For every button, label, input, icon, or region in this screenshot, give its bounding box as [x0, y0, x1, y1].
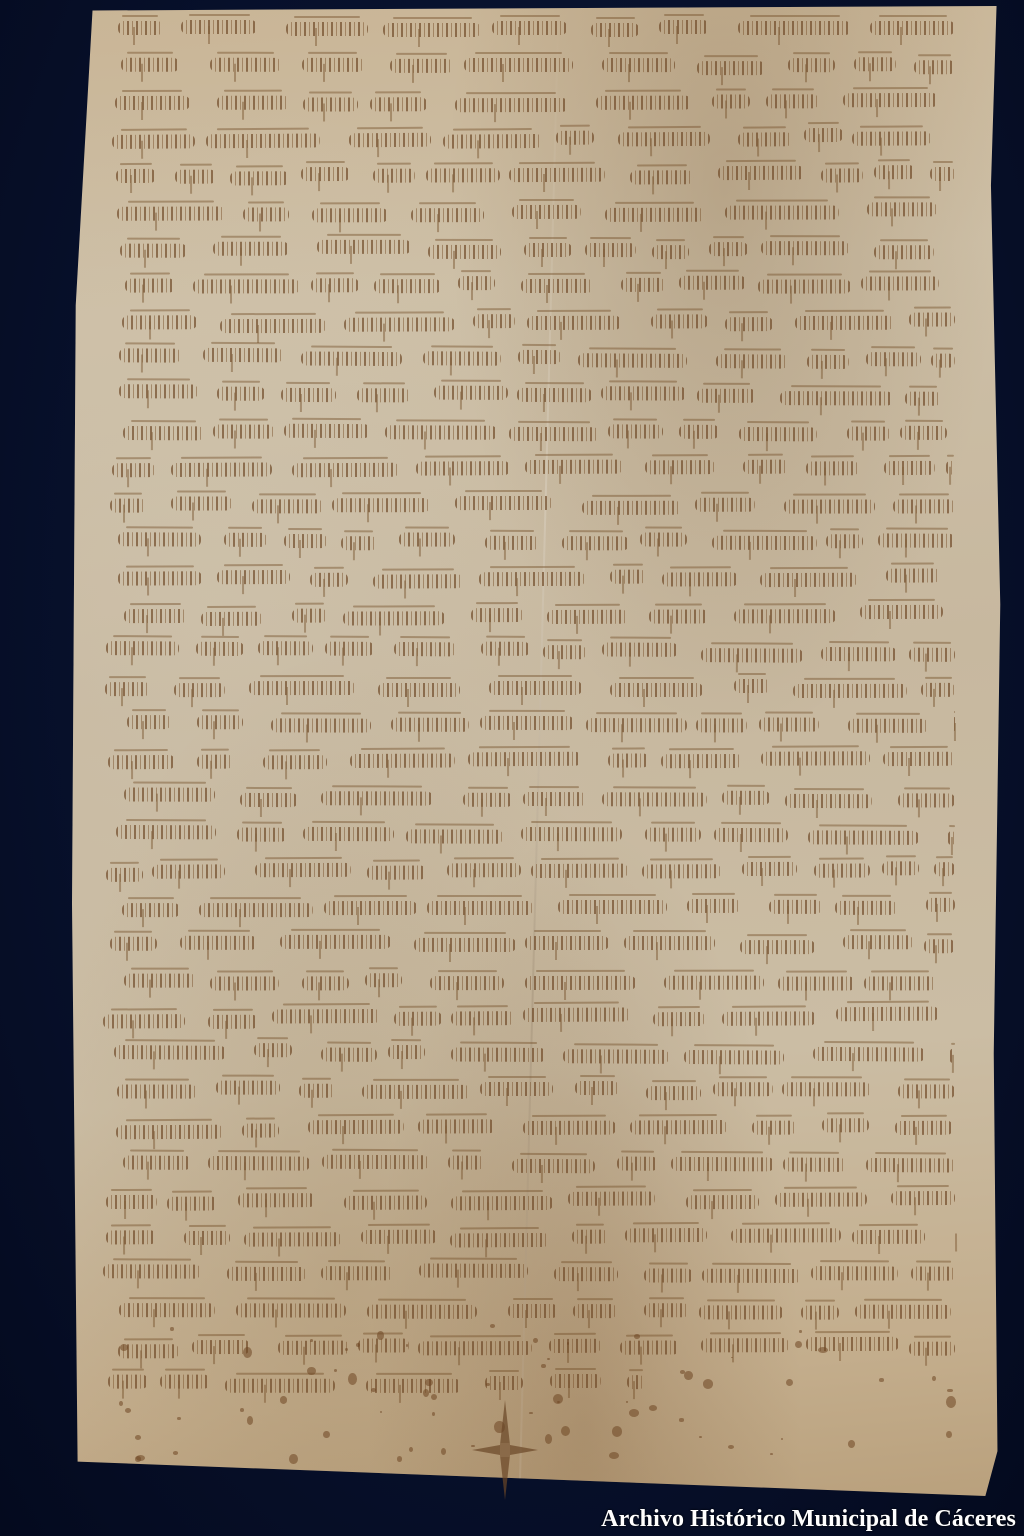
ink-word [699, 1306, 783, 1320]
ink-word [782, 1083, 872, 1097]
ink-word [585, 242, 637, 256]
ink-word [112, 463, 156, 477]
ink-word [112, 134, 194, 149]
ink-word [563, 1049, 669, 1064]
ink-stain [818, 1347, 828, 1353]
ink-word [217, 387, 265, 401]
handwritten-line [94, 493, 982, 516]
ink-word [898, 793, 955, 807]
handwritten-line [94, 162, 982, 188]
ink-stain [609, 1452, 619, 1459]
ink-word [860, 605, 943, 619]
ink-word [263, 755, 327, 769]
ink-word [110, 499, 146, 513]
ink-word [550, 1375, 601, 1389]
ink-stain [280, 1396, 287, 1403]
ink-word [813, 1047, 925, 1062]
ink-word [644, 1303, 688, 1317]
ink-word [521, 827, 622, 842]
ink-word [934, 862, 955, 876]
ink-word [152, 865, 225, 879]
ink-word [206, 134, 321, 149]
ink-word [783, 1157, 846, 1171]
ink-word [793, 684, 907, 698]
ink-word [451, 1196, 553, 1210]
ink-word [644, 1268, 693, 1282]
ink-word [489, 681, 582, 695]
ink-word [110, 937, 157, 951]
ink-word [197, 755, 233, 769]
ink-word [807, 356, 849, 370]
handwritten-line [94, 345, 982, 373]
ink-word [450, 1232, 549, 1247]
ink-word [734, 679, 770, 693]
ink-word [430, 976, 504, 990]
ink-word [284, 534, 327, 548]
ink-word [642, 864, 721, 878]
ink-word [921, 683, 955, 697]
ink-word [227, 1268, 306, 1282]
ink-word [780, 391, 892, 405]
ink-word [697, 389, 757, 403]
ink-word [181, 20, 257, 34]
handwritten-line [94, 1372, 982, 1395]
ink-word [236, 1303, 345, 1317]
ink-word [317, 240, 410, 254]
ink-word [372, 574, 463, 588]
ink-word [255, 863, 351, 877]
ink-word [216, 1081, 281, 1095]
ink-word [344, 1196, 427, 1210]
archive-credit-caption: Archivo Histórico Municipal de Cáceres [601, 1506, 1016, 1533]
handwritten-line [94, 1079, 982, 1102]
ink-word [394, 642, 457, 656]
ink-word [213, 242, 289, 256]
ink-word [525, 460, 623, 475]
ink-word [303, 97, 357, 111]
ink-word [558, 900, 667, 914]
ink-word [116, 1125, 223, 1140]
ink-stain [848, 1440, 855, 1448]
ink-word [385, 425, 496, 440]
ink-word [843, 936, 913, 950]
ink-word [455, 98, 568, 112]
ink-word [930, 167, 955, 181]
ink-word [954, 718, 956, 732]
ink-word [549, 1339, 601, 1353]
ink-word [620, 1340, 679, 1354]
ink-word [312, 208, 387, 222]
ink-word [124, 609, 187, 623]
ink-word [866, 353, 921, 367]
ink-word [341, 536, 377, 550]
ink-word [900, 425, 947, 439]
ink-word [119, 384, 198, 398]
ink-word [242, 1124, 279, 1138]
ink-word [362, 1085, 470, 1099]
ink-stain [323, 1431, 330, 1438]
ink-word [610, 682, 703, 696]
ink-word [909, 647, 956, 661]
ink-word [852, 1229, 925, 1243]
ink-word [358, 1338, 409, 1352]
ink-word [292, 463, 399, 478]
ink-stain [240, 1408, 244, 1412]
ink-word [280, 935, 391, 949]
ink-word [411, 208, 483, 222]
ink-word [301, 352, 403, 367]
ink-stain [135, 1456, 141, 1462]
ink-stain [629, 1409, 639, 1417]
ink-word [388, 1045, 425, 1059]
ink-word [123, 425, 204, 439]
ink-word [106, 868, 143, 882]
ink-word [806, 461, 860, 475]
ink-word [117, 1085, 196, 1099]
ink-word [653, 1012, 705, 1026]
handwritten-line [94, 677, 982, 699]
ink-word [578, 353, 687, 368]
ink-word [725, 206, 840, 220]
ink-word [645, 828, 701, 842]
ink-stain [946, 1431, 952, 1438]
ink-word [302, 976, 349, 990]
ink-word [225, 1379, 335, 1393]
ink-word [695, 497, 755, 511]
ink-word [116, 825, 215, 839]
ink-word [367, 1304, 477, 1318]
ink-word [308, 1119, 404, 1134]
ink-word [210, 976, 280, 990]
ink-word [243, 208, 288, 222]
ink-word [122, 315, 197, 329]
ink-word [861, 277, 939, 291]
handwritten-line [94, 821, 982, 847]
ink-word [808, 830, 919, 845]
ink-stain [173, 1451, 178, 1454]
ink-word [450, 1048, 546, 1063]
ink-word [630, 170, 693, 184]
ink-word [383, 23, 481, 37]
ink-word [325, 642, 374, 656]
ink-word [423, 352, 501, 367]
ink-word [874, 244, 934, 258]
ink-word [517, 388, 592, 402]
ink-word [418, 1120, 495, 1134]
ink-word [254, 1043, 292, 1057]
ink-word [116, 170, 156, 184]
ink-word [468, 752, 581, 767]
ink-word [419, 1264, 528, 1278]
ink-word [867, 203, 938, 217]
ink-stain [490, 1324, 495, 1328]
ink-word [224, 533, 267, 547]
ink-word [199, 903, 313, 917]
ink-word [213, 424, 273, 438]
ink-word [322, 1154, 429, 1169]
ink-word [217, 96, 289, 110]
ink-word [848, 719, 928, 733]
ink-word [683, 1049, 783, 1064]
handwritten-line [94, 274, 982, 297]
ink-stain [409, 1447, 413, 1452]
ink-word [281, 387, 336, 401]
ink-word [184, 1230, 230, 1244]
ink-word [118, 21, 163, 35]
handwritten-line [94, 1261, 982, 1287]
ink-word [948, 831, 955, 845]
ink-word [718, 166, 805, 180]
ink-word [451, 1012, 514, 1026]
ink-word [852, 131, 931, 146]
ink-stain [545, 1434, 552, 1444]
ink-word [160, 1375, 210, 1389]
ink-word [217, 570, 290, 584]
ink-word [252, 499, 323, 513]
ink-word [826, 534, 863, 548]
ink-word [766, 94, 819, 108]
handwritten-line [94, 455, 982, 482]
ink-word [175, 170, 216, 184]
ink-word [801, 1306, 838, 1320]
handwritten-line [94, 785, 982, 810]
ink-word [509, 168, 605, 182]
handwritten-line [94, 1004, 982, 1031]
ink-stain [356, 1343, 360, 1347]
ink-stain [799, 1330, 801, 1332]
ink-word [458, 277, 496, 291]
ink-word [121, 57, 179, 71]
ink-word [627, 1375, 644, 1389]
ink-word [115, 96, 190, 110]
handwritten-line [94, 933, 982, 956]
ink-word [778, 976, 854, 990]
ink-stain [699, 1436, 702, 1438]
handwritten-line [94, 712, 982, 736]
ink-word [775, 1192, 867, 1206]
ink-stain [649, 1405, 658, 1411]
ink-word [679, 425, 719, 439]
ink-word [924, 940, 955, 954]
ink-word [731, 1228, 841, 1243]
ink-word [485, 1377, 523, 1391]
ink-word [220, 318, 326, 332]
ink-word [426, 169, 500, 183]
ink-word [873, 165, 914, 179]
ink-stain [307, 1367, 316, 1375]
ink-word [836, 1007, 939, 1022]
ink-word [120, 243, 187, 257]
ink-word [237, 828, 287, 842]
ink-word [448, 1155, 484, 1169]
ink-word [416, 462, 511, 477]
ink-word [621, 278, 665, 292]
ink-word [350, 754, 455, 769]
handwritten-line [94, 637, 982, 665]
ink-stain [770, 1453, 773, 1455]
ink-word [926, 898, 955, 912]
ink-word [795, 315, 894, 329]
ink-word [602, 58, 675, 72]
ink-word [208, 1015, 259, 1029]
ink-word [608, 754, 649, 768]
ink-word [321, 1267, 393, 1281]
ink-word [671, 1157, 774, 1172]
ink-word [208, 1155, 310, 1170]
ink-word [258, 641, 313, 655]
ink-word [523, 1008, 629, 1023]
handwritten-text-block [94, 18, 982, 1422]
ink-word [360, 1229, 437, 1243]
ink-word [761, 751, 870, 766]
handwritten-line [94, 1040, 982, 1068]
ink-word [769, 900, 822, 914]
ink-word [761, 241, 849, 255]
ink-word [758, 280, 852, 294]
ink-word [244, 1232, 341, 1247]
ink-word [759, 718, 819, 732]
handwritten-line [94, 54, 982, 77]
ink-word [883, 752, 956, 766]
ink-stain [679, 1418, 684, 1421]
ink-word [509, 426, 599, 440]
ink-word [687, 899, 740, 913]
ink-word [271, 719, 371, 733]
ink-word [931, 354, 956, 368]
ink-word [950, 1049, 955, 1063]
ink-word [697, 60, 765, 74]
ink-word [712, 94, 749, 108]
ink-word [662, 572, 738, 586]
ink-word [125, 278, 175, 292]
ink-word [822, 1118, 868, 1132]
ink-word [209, 58, 280, 72]
ink-stain [289, 1454, 297, 1464]
ink-word [192, 1339, 250, 1353]
handwritten-line [94, 1298, 982, 1322]
ink-stain [135, 1435, 141, 1440]
handwritten-line [94, 237, 982, 260]
ink-word [713, 1083, 772, 1097]
ink-stain [684, 1371, 692, 1380]
ink-word [406, 829, 504, 843]
ink-word [905, 392, 941, 406]
ink-stain [795, 1341, 802, 1348]
ink-word [911, 1267, 955, 1281]
ink-stain [932, 1376, 935, 1381]
ink-word [278, 1340, 348, 1354]
handwritten-line [94, 1223, 982, 1250]
handwritten-line [94, 1114, 982, 1141]
ink-word [324, 902, 416, 916]
ink-word [742, 862, 796, 876]
ink-word [349, 133, 432, 148]
ink-word [601, 387, 686, 401]
ink-word [617, 1156, 658, 1170]
ink-word [788, 58, 834, 72]
ink-word [108, 755, 175, 769]
ink-word [811, 1266, 898, 1280]
ink-word [394, 1011, 442, 1025]
ink-word [124, 973, 196, 987]
ink-word [785, 793, 872, 807]
ink-word [434, 386, 509, 400]
handwritten-line [94, 18, 982, 40]
ink-word [479, 572, 585, 586]
ink-word [734, 608, 836, 622]
handwritten-line [94, 382, 982, 408]
ink-word [701, 1337, 789, 1351]
ink-word [299, 1084, 335, 1098]
ink-word [591, 23, 639, 37]
ink-word [103, 1014, 185, 1028]
ink-word [174, 683, 225, 697]
ink-word [119, 1303, 214, 1317]
ink-word [374, 279, 442, 293]
ink-word [370, 97, 427, 111]
ink-word [399, 533, 454, 547]
ink-word [854, 57, 897, 71]
ink-word [455, 496, 552, 510]
ink-word [286, 22, 369, 36]
ink-word [586, 719, 687, 733]
ink-word [366, 1379, 461, 1393]
ink-word [608, 424, 663, 438]
ink-word [835, 901, 897, 915]
ink-word [524, 243, 572, 257]
ink-word [473, 314, 515, 328]
ink-word [602, 643, 678, 658]
ink-word [649, 609, 708, 623]
ink-word [103, 1265, 200, 1279]
ink-word [679, 276, 746, 290]
ink-stain [247, 1416, 253, 1424]
ink-word [645, 461, 715, 475]
ink-stain [177, 1417, 181, 1420]
ink-word [391, 718, 469, 732]
ink-word [946, 461, 955, 475]
ink-word [582, 500, 681, 514]
ink-word [909, 1341, 955, 1355]
ink-word [630, 1120, 727, 1135]
handwritten-line [94, 1150, 982, 1177]
ink-word [321, 791, 434, 805]
ink-stain [781, 1438, 783, 1440]
ink-word [117, 206, 225, 220]
handwritten-line [94, 858, 982, 884]
ink-word [114, 1045, 226, 1060]
ink-word [605, 207, 703, 221]
ink-stain [547, 1358, 550, 1360]
handwritten-line [94, 602, 982, 627]
ink-word [127, 715, 170, 729]
ink-word [556, 130, 594, 144]
ink-word [485, 536, 540, 550]
ink-word [866, 1158, 955, 1173]
ink-word [512, 1158, 595, 1173]
ink-word [572, 1230, 608, 1244]
ink-word [702, 1269, 801, 1283]
ink-word [523, 791, 586, 805]
ink-word [492, 21, 567, 35]
ink-word [373, 169, 415, 183]
handwritten-line [94, 565, 982, 590]
handwritten-line [94, 529, 982, 555]
ink-word [686, 1195, 759, 1209]
ink-word [914, 60, 955, 74]
ink-word [512, 205, 581, 219]
ink-word [367, 865, 426, 879]
